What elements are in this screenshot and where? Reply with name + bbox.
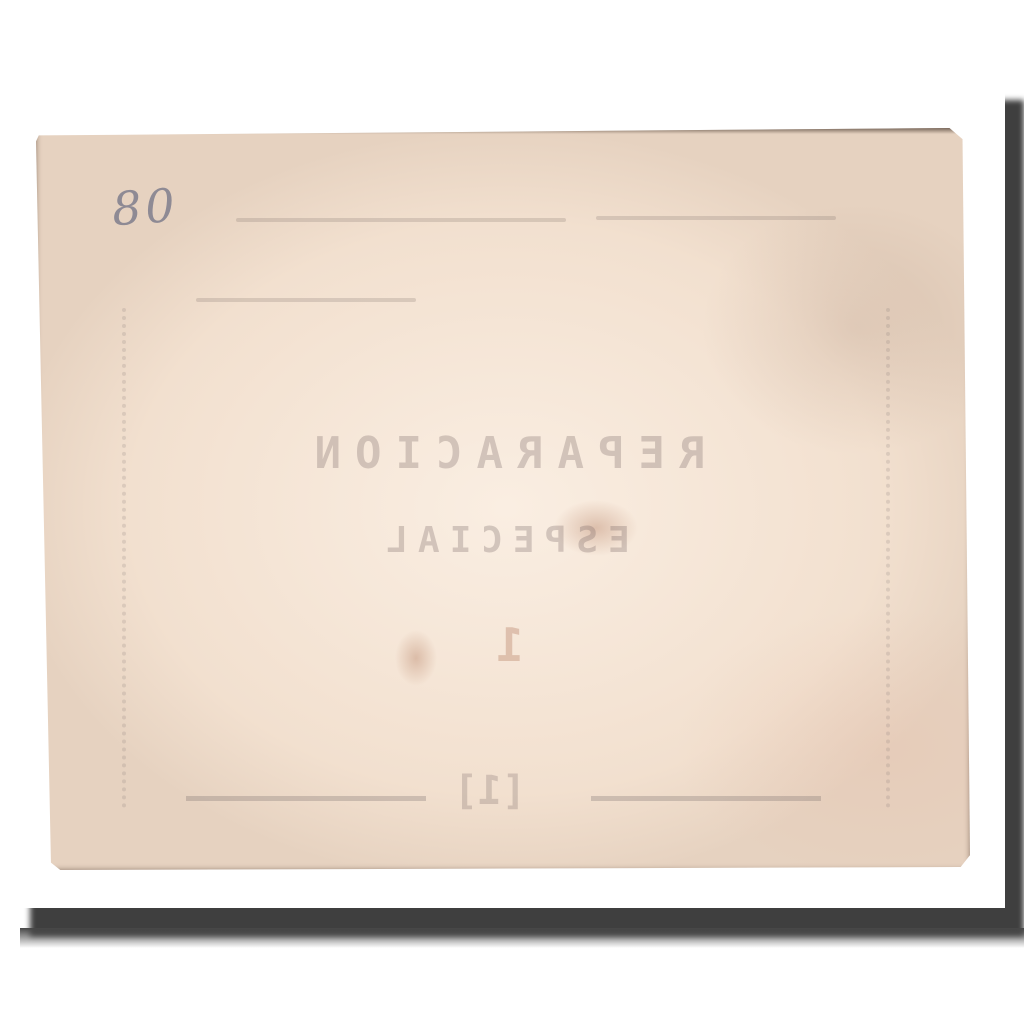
bottom-bleed-mark: [1] (456, 768, 526, 814)
banknote-reverse: 80 REPARACION ESPECIAL 1 [1] (36, 128, 970, 870)
handwritten-pencil-number: 80 (110, 178, 180, 237)
note-top-edge (36, 128, 970, 134)
bleed-through-text-line-1: REPARACION (36, 428, 970, 479)
bottom-rule-left (186, 796, 426, 801)
photo-backdrop: 80 REPARACION ESPECIAL 1 [1] (0, 0, 1005, 908)
faint-bleed-line (236, 218, 566, 222)
faint-bleed-line (596, 216, 836, 220)
bottom-rule-right (591, 796, 821, 801)
bleed-through-value-numeral: 1 (36, 618, 970, 672)
faint-bleed-line (196, 298, 416, 302)
drop-shadow-fade (20, 928, 1024, 948)
bleed-through-text-line-2: ESPECIAL (36, 520, 970, 561)
